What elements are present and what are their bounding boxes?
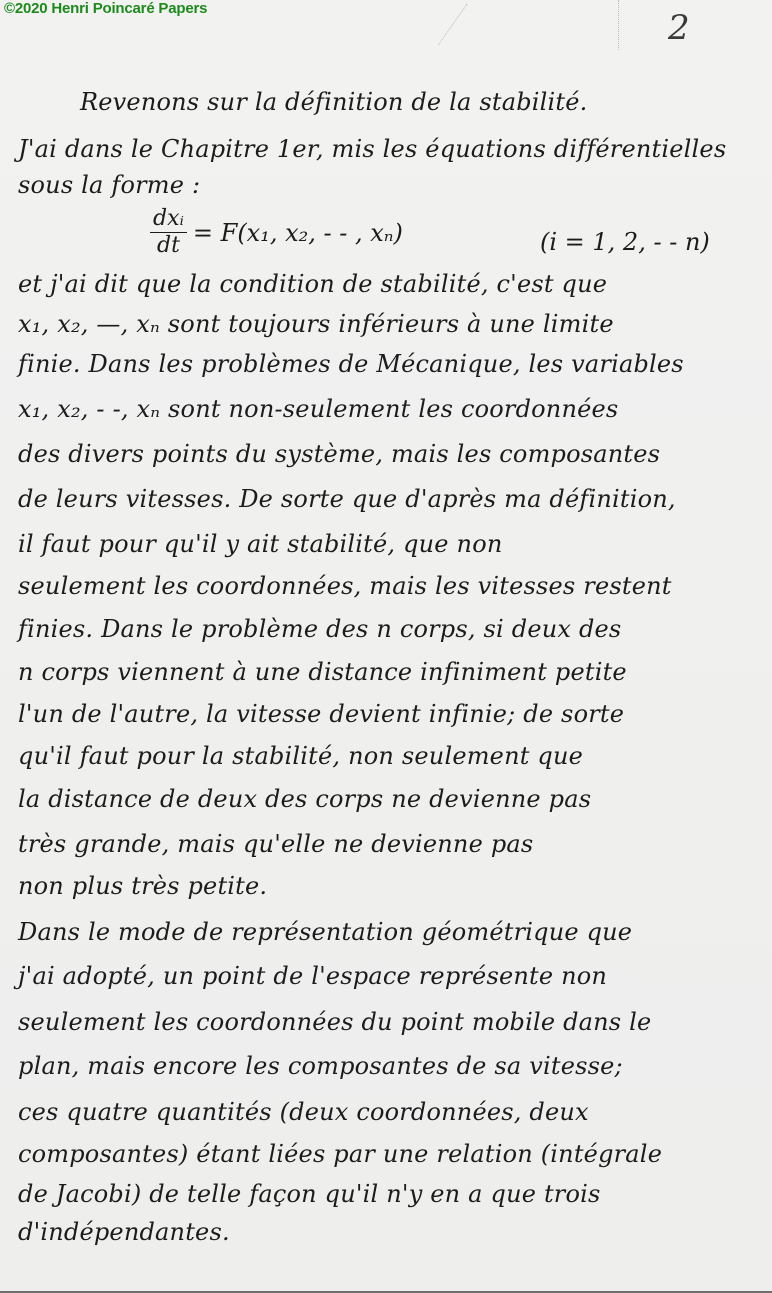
manuscript-line: l'un de l'autre, la vitesse devient infi… — [18, 700, 624, 728]
fraction-numerator: dxᵢ — [150, 208, 187, 233]
manuscript-line: x₁, x₂, - -, xₙ sont non-seulement les c… — [18, 395, 618, 423]
differential-equation: dxᵢ dt = F(x₁, x₂, - - , xₙ) — [150, 208, 403, 257]
manuscript-line: et j'ai dit que la condition de stabilit… — [18, 270, 607, 298]
manuscript-line: J'ai dans le Chapitre 1er, mis les équat… — [18, 135, 726, 163]
manuscript-line: ces quatre quantités (deux coordonnées, … — [18, 1098, 589, 1126]
index-range: (i = 1, 2, - - n) — [540, 228, 710, 256]
manuscript-line: Dans le mode de représentation géométriq… — [18, 918, 632, 946]
manuscript-line: la distance de deux des corps ne devienn… — [18, 785, 591, 813]
manuscript-line: très grande, mais qu'elle ne devienne pa… — [18, 830, 533, 858]
manuscript-line: seulement les coordonnées, mais les vite… — [18, 572, 672, 600]
manuscript-line: il faut pour qu'il y ait stabilité, que … — [18, 530, 503, 558]
manuscript-line: qu'il faut pour la stabilité, non seulem… — [18, 742, 583, 770]
manuscript-line: non plus très petite. — [18, 872, 267, 900]
manuscript-line: des divers points du système, mais les c… — [18, 440, 660, 468]
manuscript-line: seulement les coordonnées du point mobil… — [18, 1008, 651, 1036]
manuscript-line: plan, mais encore les composantes de sa … — [18, 1052, 623, 1080]
faint-bleed-mark — [618, 0, 621, 50]
manuscript-line: composantes) étant liées par une relatio… — [18, 1140, 662, 1168]
fraction-denominator: dt — [157, 233, 180, 257]
manuscript-line: d'indépendantes. — [18, 1218, 230, 1246]
manuscript-line: finies. Dans le problème des n corps, si… — [18, 615, 621, 643]
manuscript-line: de leurs vitesses. De sorte que d'après … — [18, 485, 676, 513]
copyright-notice: ©2020 Henri Poincaré Papers — [4, 0, 207, 17]
manuscript-line: finie. Dans les problèmes de Mécanique, … — [18, 350, 684, 378]
manuscript-line: n corps viennent à une distance infinime… — [18, 658, 627, 686]
manuscript-line: de Jacobi) de telle façon qu'il n'y en a… — [18, 1180, 601, 1208]
manuscript-line: j'ai adopté, un point de l'espace représ… — [18, 962, 607, 990]
manuscript-line: Revenons sur la définition de la stabili… — [80, 88, 588, 116]
manuscript-line: sous la forme : — [18, 171, 200, 199]
faint-bleed-mark — [438, 4, 469, 47]
manuscript-line: x₁, x₂, —, xₙ sont toujours inférieurs à… — [18, 310, 614, 338]
equation-rhs: = F(x₁, x₂, - - , xₙ) — [193, 219, 403, 247]
page-number: 2 — [668, 8, 690, 48]
derivative-fraction: dxᵢ dt — [150, 208, 187, 257]
manuscript-page: ©2020 Henri Poincaré Papers 2 Revenons s… — [0, 0, 772, 1293]
